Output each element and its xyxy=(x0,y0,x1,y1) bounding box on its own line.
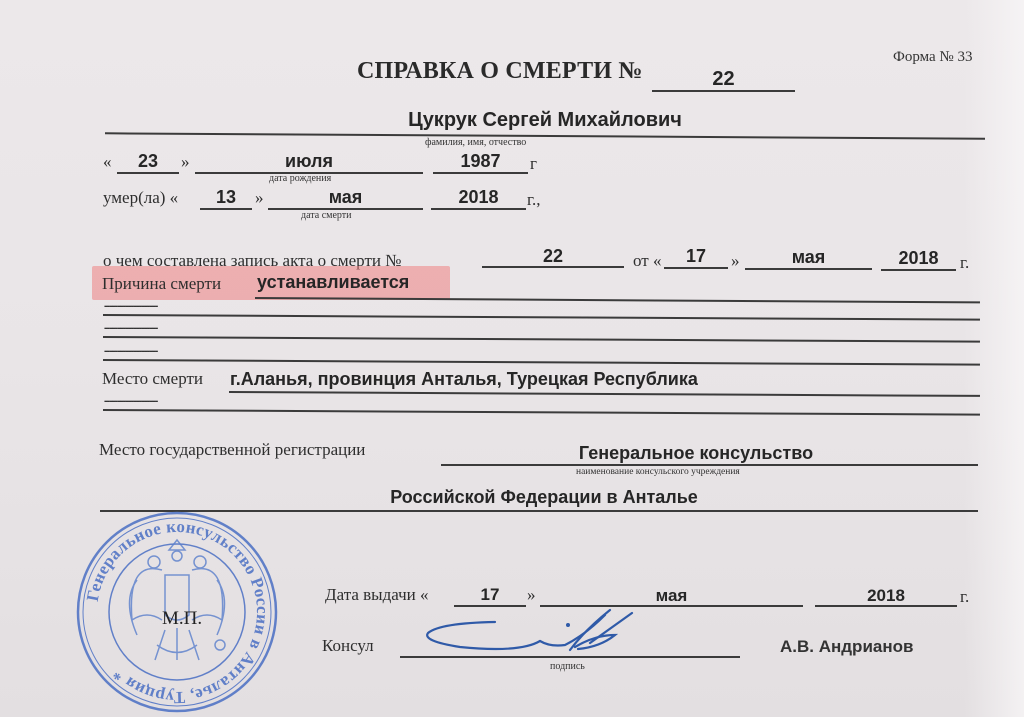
record-year: 2018 xyxy=(881,248,956,269)
cause-line-4 xyxy=(103,359,980,365)
record-day: 17 xyxy=(664,246,728,267)
record-day-line xyxy=(664,267,728,269)
handwritten-signature xyxy=(400,605,660,660)
birth-day-line xyxy=(117,172,179,174)
issue-close-quote: » xyxy=(527,585,536,605)
death-year-suffix: г., xyxy=(527,190,541,210)
registration-value-line1: Генеральное консульство xyxy=(441,443,951,464)
issue-year-suffix: г. xyxy=(960,587,969,607)
birth-open-quote: « xyxy=(103,152,112,172)
death-year: 2018 xyxy=(431,187,526,208)
cause-label: Причина смерти xyxy=(102,274,221,294)
death-close-quote: » xyxy=(255,188,264,208)
birth-year: 1987 xyxy=(433,151,528,172)
document-title: СПРАВКА О СМЕРТИ № xyxy=(357,58,643,85)
cause-line-2 xyxy=(103,314,980,320)
full-name-caption: фамилия, имя, отчество xyxy=(425,137,526,148)
death-label: умер(ла) « xyxy=(103,188,178,208)
record-month: мая xyxy=(745,247,872,268)
consul-name: А.В. Андрианов xyxy=(780,637,913,657)
record-close-quote: » xyxy=(731,251,740,271)
record-month-line xyxy=(745,268,872,270)
death-day: 13 xyxy=(200,187,252,208)
registration-caption: наименование консульского учреждения xyxy=(576,467,740,477)
seal-mark: М.П. xyxy=(162,608,202,629)
issue-day: 17 xyxy=(454,585,526,605)
consulate-stamp: Генеральное консульство России в Анталье… xyxy=(62,500,292,717)
place-of-death-line-2 xyxy=(103,409,980,415)
place-of-death-line xyxy=(229,391,980,397)
issue-year: 2018 xyxy=(815,586,957,606)
record-year-line xyxy=(881,269,956,271)
cause-blank-2: -------------------- xyxy=(104,322,157,334)
record-number: 22 xyxy=(482,246,624,267)
full-name-line xyxy=(105,132,985,139)
birth-year-line xyxy=(433,172,528,174)
cause-blank-3: -------------------- xyxy=(104,345,157,357)
full-name: Цукрук Сергей Михайлович xyxy=(105,109,985,132)
cause-line-3 xyxy=(103,336,980,342)
place-of-death-value: г.Аланья, провинция Анталья, Турецкая Ре… xyxy=(230,369,698,390)
record-from-label: от « xyxy=(633,251,661,271)
registration-label: Место государственной регистрации xyxy=(99,440,365,460)
registration-line-1 xyxy=(441,464,978,466)
birth-month: июля xyxy=(195,151,423,172)
double-headed-eagle-icon xyxy=(130,540,226,660)
death-caption: дата смерти xyxy=(301,210,352,221)
signature-caption: подпись xyxy=(550,661,585,672)
birth-close-quote: » xyxy=(181,152,190,172)
death-year-line xyxy=(431,208,526,210)
birth-year-suffix: г xyxy=(530,154,537,174)
cause-line xyxy=(255,297,980,303)
place-of-death-blank: -------------------- xyxy=(104,395,157,407)
birth-day: 23 xyxy=(117,151,179,172)
issue-month: мая xyxy=(540,586,803,606)
certificate-number: 22 xyxy=(652,68,795,91)
record-year-suffix: г. xyxy=(960,253,969,273)
cause-blank-1: -------------------- xyxy=(104,300,157,312)
cause-value: устанавливается xyxy=(257,272,409,293)
death-month: мая xyxy=(268,187,423,208)
issue-date-label: Дата выдачи « xyxy=(325,585,429,605)
death-day-line xyxy=(200,208,252,210)
birth-caption: дата рождения xyxy=(269,173,331,184)
place-of-death-label: Место смерти xyxy=(102,369,203,389)
consul-label: Консул xyxy=(322,636,374,656)
paper-edge-shade xyxy=(964,0,1024,717)
form-number: Форма № 33 xyxy=(893,49,972,66)
